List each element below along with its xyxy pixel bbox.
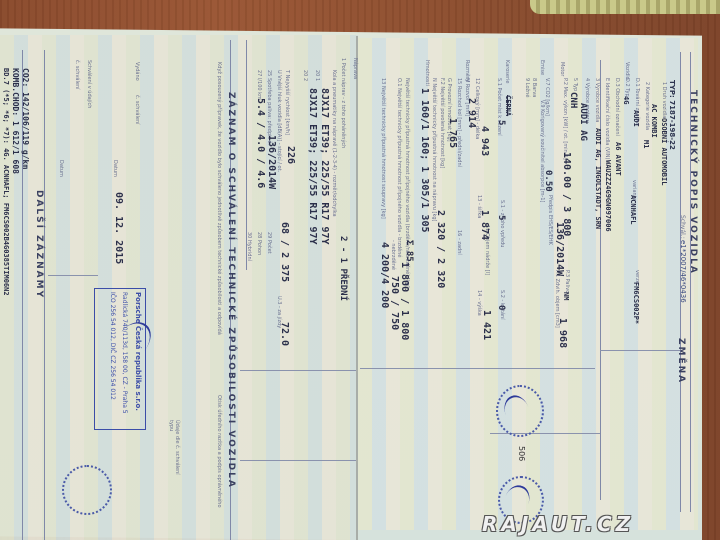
type-code: TYP: 7187-198-22 xyxy=(668,80,676,150)
nebrzdene-label: - nebrzděné xyxy=(390,240,396,270)
pohon-predni: 2 - 1 PŘEDNÍ xyxy=(338,236,348,301)
vyrobce-vozidla-value: AUDI AG, INGOLSTADT, SRN xyxy=(594,128,602,229)
pneu-2-label: 20 2 xyxy=(302,70,308,81)
pocet-naprav-label: 1 Počet náprav - z toho poháněných xyxy=(340,58,346,148)
co2-value: CO2: 142/106/119 g/km xyxy=(21,68,30,169)
tablecloth-fringe xyxy=(530,0,720,14)
tovarni-znacka-value: AUDI xyxy=(632,110,640,127)
vykon-label: P.2 Max. výkon [kW] / ot. [min-1] xyxy=(562,78,568,160)
barva-value: ČERNÁ xyxy=(504,95,512,116)
zadni-label: 16 - zadní xyxy=(456,230,462,255)
kategorie-value: M1 xyxy=(642,140,650,148)
barva-label: 8 Barva xyxy=(531,78,537,97)
vydano-label: Vydáno xyxy=(134,62,140,81)
karoserie-value: AC KOMBI xyxy=(650,104,658,138)
soupravy-label: 13 Největší technicky přípustná hmotnost… xyxy=(380,78,386,219)
delka-value: 4 943 xyxy=(479,126,490,156)
druh-value: OSOBNÍ AUTOMOBIL xyxy=(660,118,668,185)
tab-motor: Motor xyxy=(559,62,565,76)
tab-naprava: Náprava xyxy=(352,58,358,79)
komb-chod-value: KOMB.CHOD: 1 612/1 608 xyxy=(11,68,20,174)
change-section-title: ZMĚNA xyxy=(676,338,686,384)
form-line xyxy=(240,370,356,371)
sklapeni-value: Σ 85 xyxy=(404,240,414,262)
approval-section-title: ZÁZNAM O SCHVÁLENÍ TECHNICKÉ ZPŮSOBILOST… xyxy=(226,92,236,489)
tab-emise: Emise xyxy=(539,60,545,75)
form-line xyxy=(600,350,680,351)
k-stani-value: 0 xyxy=(496,305,506,310)
druh-label: 1 Druh vozidla xyxy=(661,82,667,118)
provozni-hmotnost-value: 1 765 xyxy=(447,118,458,148)
privesu-label: O.1 Největší technicky přípustná hmotnos… xyxy=(396,78,402,258)
nejvyssi-rychlost-label: T Nejvyšší rychlost [km/h] xyxy=(284,70,290,135)
bd7-value: BD.7 (*5; *6; *7): 4G. ACNHAFL; FM6CS002… xyxy=(2,68,10,296)
spotreba-label: 27 l/100 km xyxy=(256,70,262,100)
vyska-value: 1 421 xyxy=(481,310,492,340)
official-stamp-left xyxy=(62,465,112,515)
vyrobce-vozidla-label: 3 Výrobce vozidla xyxy=(594,78,600,122)
korigovany-soucinitel-value: 0.50 xyxy=(543,170,553,192)
vybava-label: 9 Ložné xyxy=(524,78,530,97)
typ-value: 4G xyxy=(622,96,630,104)
rozmer-label: Kola a pneumatiky na nápravě (1-2-3-4) -… xyxy=(331,70,337,217)
approval-statement: Když posouzený přípravek, že vozidlo byl… xyxy=(216,62,222,392)
sirka-value: 1 874 xyxy=(479,210,490,240)
ochrana-label: Otisk úředního razítka a podpis oprávněn… xyxy=(216,395,222,508)
other-records-title: DALŠÍ ZÁZNAMY xyxy=(34,190,44,299)
form-line xyxy=(44,50,45,540)
hluk-jizda-value: 72.0 xyxy=(279,322,290,346)
kategorie-label: 2 Kategorie vozidla xyxy=(644,82,650,130)
spotreba-value: 5.4 / 4.0 / 4.6 xyxy=(255,98,266,188)
obchodni-oznaceni-value: A6 AVANT xyxy=(614,142,622,176)
pocet-label: 29 Počet xyxy=(266,232,272,254)
predpis-value: 136/2014W xyxy=(554,222,565,276)
tab-karoserie: Karoserie xyxy=(504,60,510,83)
privesu-value: 1 800 / 1 800 xyxy=(399,262,410,340)
tab-hmotnosti: Hmotnosti xyxy=(424,60,430,86)
form-line xyxy=(48,275,98,276)
typ-motoru-label: 5 Typ xyxy=(572,78,578,91)
zdvihovy-objem-value: 1 968 xyxy=(557,318,568,348)
form-line xyxy=(600,60,601,500)
pohon-label: 28 Pohon xyxy=(256,232,262,255)
f2-value: 2 320 / 2 320 xyxy=(435,210,446,288)
typ-motoru-value: CNH xyxy=(568,92,578,108)
predpis-label: Předpis EHS/ES/EHK xyxy=(547,195,553,245)
hluk-stojici-value: 68 / 2 375 xyxy=(279,222,290,282)
z-toho-vpredu-value: 5 xyxy=(496,215,506,220)
max-tech-naprav-value: 1 160/1 160; 1 305/1 305 xyxy=(419,88,430,233)
verze-value: FM6CS002P* xyxy=(632,282,640,324)
dotaz-label: Údaje dle č. schválení typu xyxy=(168,420,180,480)
soupravy-value: 4 200/4 200 xyxy=(379,242,390,308)
page-number: 506 xyxy=(517,446,526,461)
hybrid-label: 30 Hybridní xyxy=(246,232,252,261)
typ-label: D.2 Typ xyxy=(624,78,630,97)
f2-label: F.2 Největší povolená hmotnost [kg] xyxy=(439,78,445,168)
form-line xyxy=(360,368,595,369)
pneu-1-label: 20 1 xyxy=(314,70,320,81)
document-title: TECHNICKÝ POPIS VOZIDLA xyxy=(688,90,698,275)
pneu-2-value: 8JX17 ET39; 225/55 R17 97Y xyxy=(307,88,318,245)
nejvyssi-rychlost-value: 226 xyxy=(285,146,296,164)
max-tech-naprav-label: N Největší technicky přípustná hmotnost … xyxy=(431,78,437,221)
varianta-value: ACNHAFL xyxy=(629,195,637,225)
approval-label: Schvál.: xyxy=(679,215,686,239)
vin-label: E Identifikační číslo vozidla (VIN) xyxy=(604,78,610,159)
rozvor-value: 2 914 xyxy=(466,98,477,128)
pocet-mist-label: S.1 Počet míst k sezení xyxy=(496,78,502,136)
form-line xyxy=(240,460,356,461)
z-toho-vpredu-label: S.1 - z toho vpředu xyxy=(499,200,505,247)
vin-value: WAUZZZ4G9GN097006 xyxy=(604,160,612,232)
obchodni-oznaceni-label: D.3 Obchodní označení xyxy=(614,78,620,136)
vyrobce-motoru-value: AUDI AG xyxy=(578,103,588,141)
spotreba-predpis-value: 136/2014W xyxy=(266,135,277,189)
pocet-mist-value: 5 xyxy=(496,120,506,125)
schvaleni-udaje-label: Schválení v údajích xyxy=(86,60,92,108)
nebrzdene-value: 750 / 750 xyxy=(389,276,400,330)
other-cislo-label: č. schválení xyxy=(74,60,80,90)
spotreba-predpis-label: 25 Spotřeba paliva: předpis č. xyxy=(266,70,272,145)
page-fold xyxy=(356,36,358,540)
pneu-1-value: 8JX17 ET39; 225/55 R17 97Y xyxy=(319,88,330,245)
other-datum-label: Datum xyxy=(58,160,64,177)
datum-label: Datum xyxy=(112,160,118,177)
watermark: RAJAUT.CZ xyxy=(482,512,634,536)
schvaleni-cislo-label: č. schválení xyxy=(134,95,140,125)
datum-value: 09. 12. 2015 xyxy=(113,192,124,264)
approval-number: e1*2007/46*0436 xyxy=(679,240,687,303)
palivo-value: NM xyxy=(562,292,570,300)
